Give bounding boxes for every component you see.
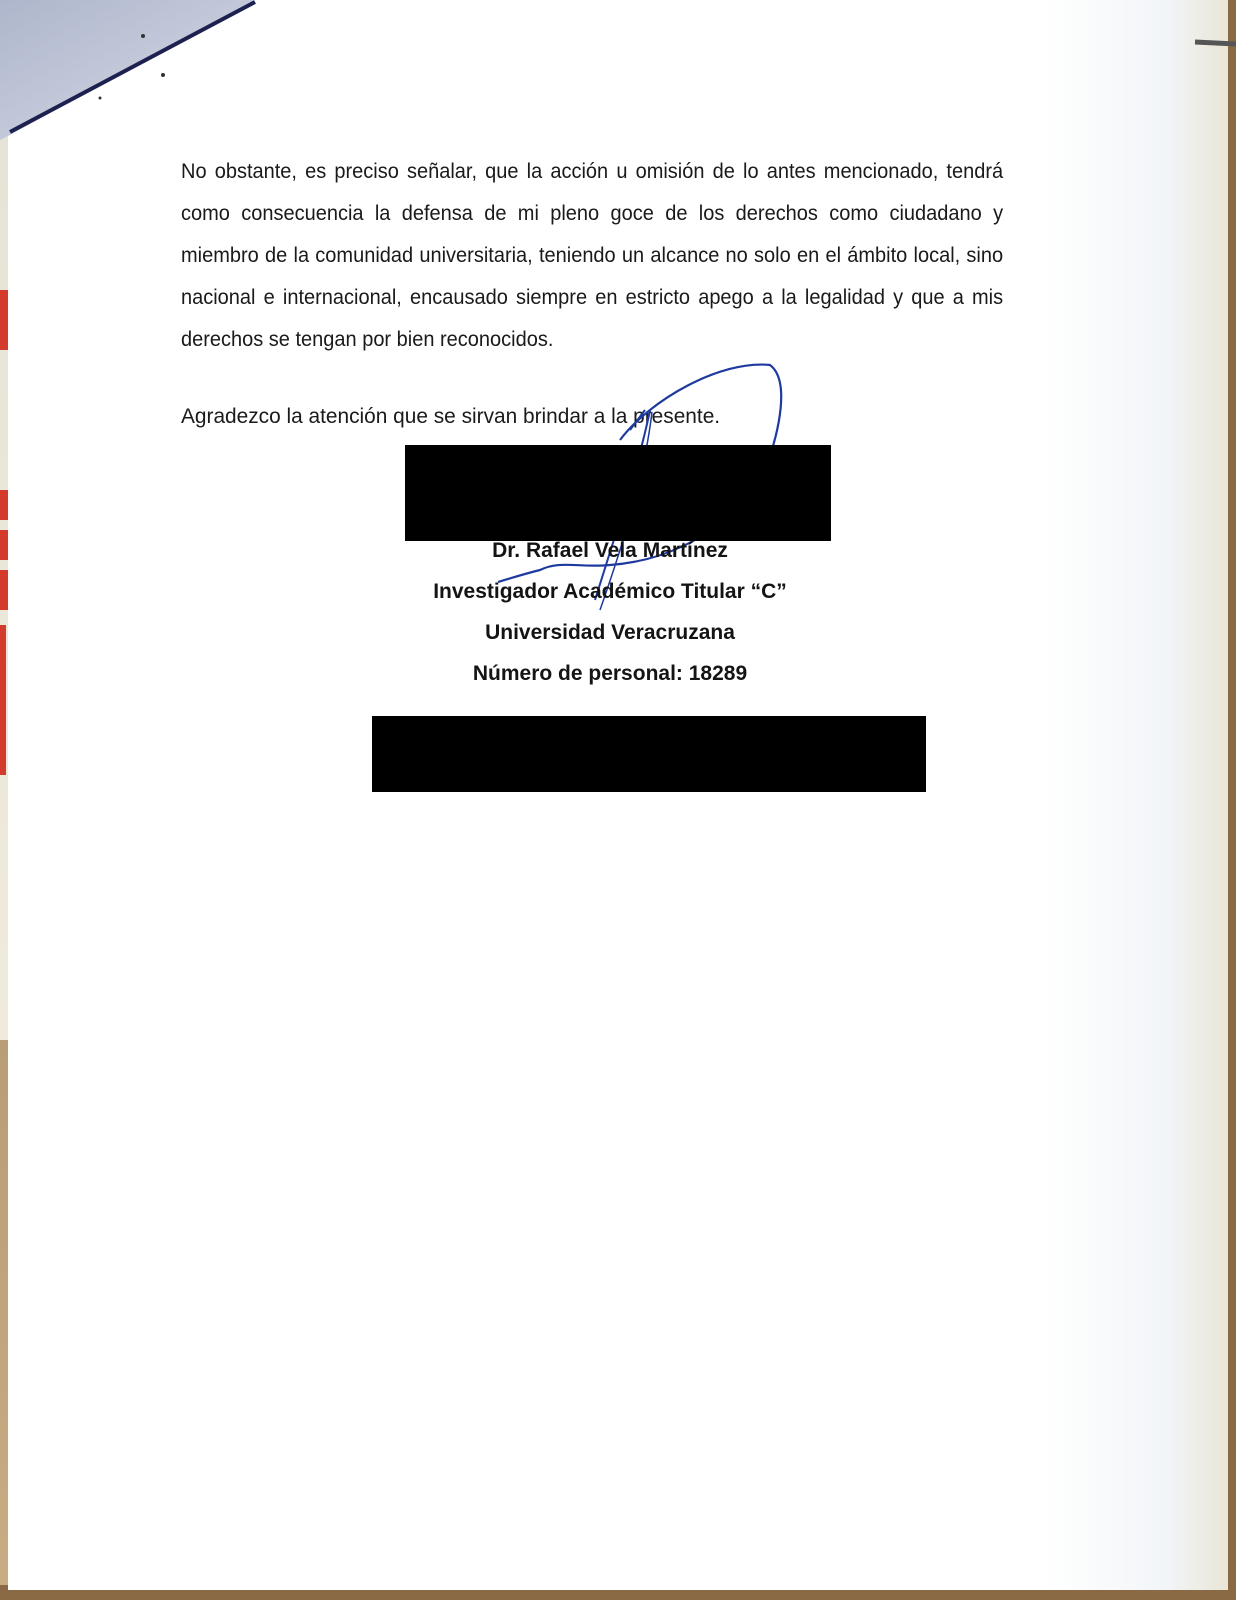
paragraph-text: No obstante, es preciso señalar, que la … — [181, 150, 1003, 360]
signatory-name: Dr. Rafael Vela Martínez — [380, 530, 840, 571]
signature-block: Dr. Rafael Vela Martínez Investigador Ac… — [380, 530, 840, 694]
body-paragraph: No obstante, es preciso señalar, que la … — [181, 150, 1003, 360]
signatory-employee-number: Número de personal: 18289 — [380, 653, 840, 694]
closing-sentence: Agradezco la atención que se sirvan brin… — [181, 404, 720, 429]
contact-info-redaction — [372, 716, 926, 792]
signatory-institution: Universidad Veracruzana — [380, 612, 840, 653]
signatory-title: Investigador Académico Titular “C” — [380, 571, 840, 612]
background-print-fragment — [0, 625, 6, 775]
signature-area-redaction — [405, 445, 831, 541]
